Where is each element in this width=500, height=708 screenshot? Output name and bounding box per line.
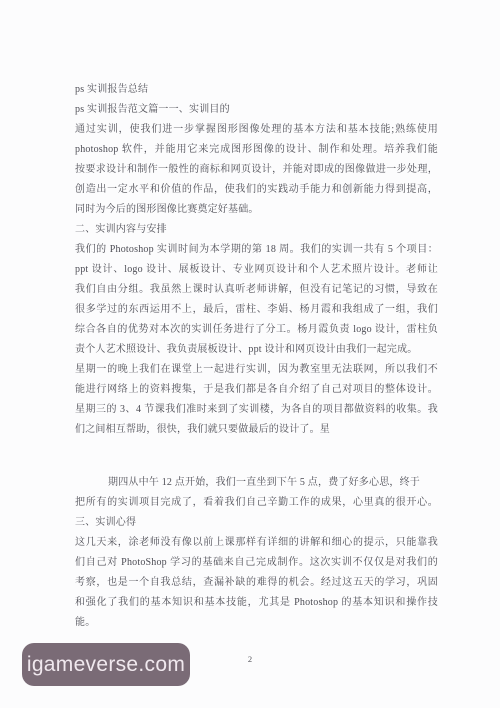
text-line: 按要求设计和制作一般性的商标和网页设计，并能对即成的图像做进一步处理， bbox=[75, 160, 438, 180]
text-line: 三、实训心得 bbox=[75, 513, 438, 533]
page-number: 2 bbox=[0, 654, 500, 664]
text-line: 把所有的实训项目完成了，看着我们自己辛勤工作的成果，心里真的很开心。 bbox=[75, 493, 438, 513]
text-line: 期四从中午 12 点开始，我们一直坐到下午 5 点，费了好多心思，终于 bbox=[75, 473, 438, 493]
text-line: 同时为今后的图形图像比赛奠定好基础。 bbox=[75, 200, 438, 220]
text-line: photoshop 软件，并能用它来完成图形图像的设计、制作和处理。培养我们能 bbox=[75, 140, 438, 160]
document-text: ps 实训报告总结ps 实训报告范文篇一一、实训目的通过实训，使我们进一步掌握图… bbox=[75, 80, 438, 633]
watermark-badge: igameverse.com bbox=[22, 643, 190, 686]
text-line: 能。 bbox=[75, 613, 438, 633]
text-line: 创造出一定水平和价值的作品，使我们的实践动手能力和创新能力得到提高， bbox=[75, 180, 438, 200]
text-line: 能进行网络上的资料搜集，于是我们都是各自介绍了自己对项目的整体设计。 bbox=[75, 380, 438, 400]
text-line: 星期一的晚上我们在课堂上一起进行实训，因为教室里无法联网，所以我们不 bbox=[75, 360, 438, 380]
text-line: 这几天来，涂老师没有像以前上课那样有详细的讲解和细心的提示，只能靠我 bbox=[75, 533, 438, 553]
text-line: ps 实训报告总结 bbox=[75, 80, 438, 100]
text-line: 很多学过的东西运用不上，最后，雷柱、李娟、杨月霞和我组成了一组，我们 bbox=[75, 300, 438, 320]
text-line: 综合各自的优势对本次的实训任务进行了分工。杨月霞负责 logo 设计，雷柱负 bbox=[75, 320, 438, 340]
text-line: 考察，也是一个自我总结，查漏补缺的难得的机会。经过这五天的学习，巩固 bbox=[75, 573, 438, 593]
blank-line bbox=[75, 440, 438, 473]
text-line: ps 实训报告范文篇一一、实训目的 bbox=[75, 100, 438, 120]
text-line: 星期三的 3、4 节课我们准时来到了实训楼，为各自的项目都做资料的收集。我 bbox=[75, 400, 438, 420]
text-line: ppt 设计、logo 设计、展板设计、专业网页设计和个人艺术照片设计。老师让 bbox=[75, 260, 438, 280]
text-line: 们自己对 PhotoShop 学习的基础来自己完成制作。这次实训不仅仅是对我们的 bbox=[75, 553, 438, 573]
text-line: 们之间相互帮助，很快，我们就只要做最后的设计了。星 bbox=[75, 420, 438, 440]
text-line: 二、实训内容与安排 bbox=[75, 220, 438, 240]
text-line: 我们的 Photoshop 实训时间为本学期的第 18 周。我们的实训一共有 5… bbox=[75, 240, 438, 260]
text-line: 和强化了我们的基本知识和基本技能，尤其是 Photoshop 的基本知识和操作技 bbox=[75, 593, 438, 613]
text-line: 通过实训，使我们进一步掌握图形图像处理的基本方法和基本技能;熟练使用 bbox=[75, 120, 438, 140]
text-line: 我们自由分组。我虽然上课时认真听老师讲解，但没有记笔记的习惯，导致在 bbox=[75, 280, 438, 300]
text-line: 责个人艺术照设计、我负责展板设计、ppt 设计和网页设计由我们一起完成。 bbox=[75, 340, 438, 360]
document-page: ps 实训报告总结ps 实训报告范文篇一一、实训目的通过实训，使我们进一步掌握图… bbox=[0, 0, 500, 708]
